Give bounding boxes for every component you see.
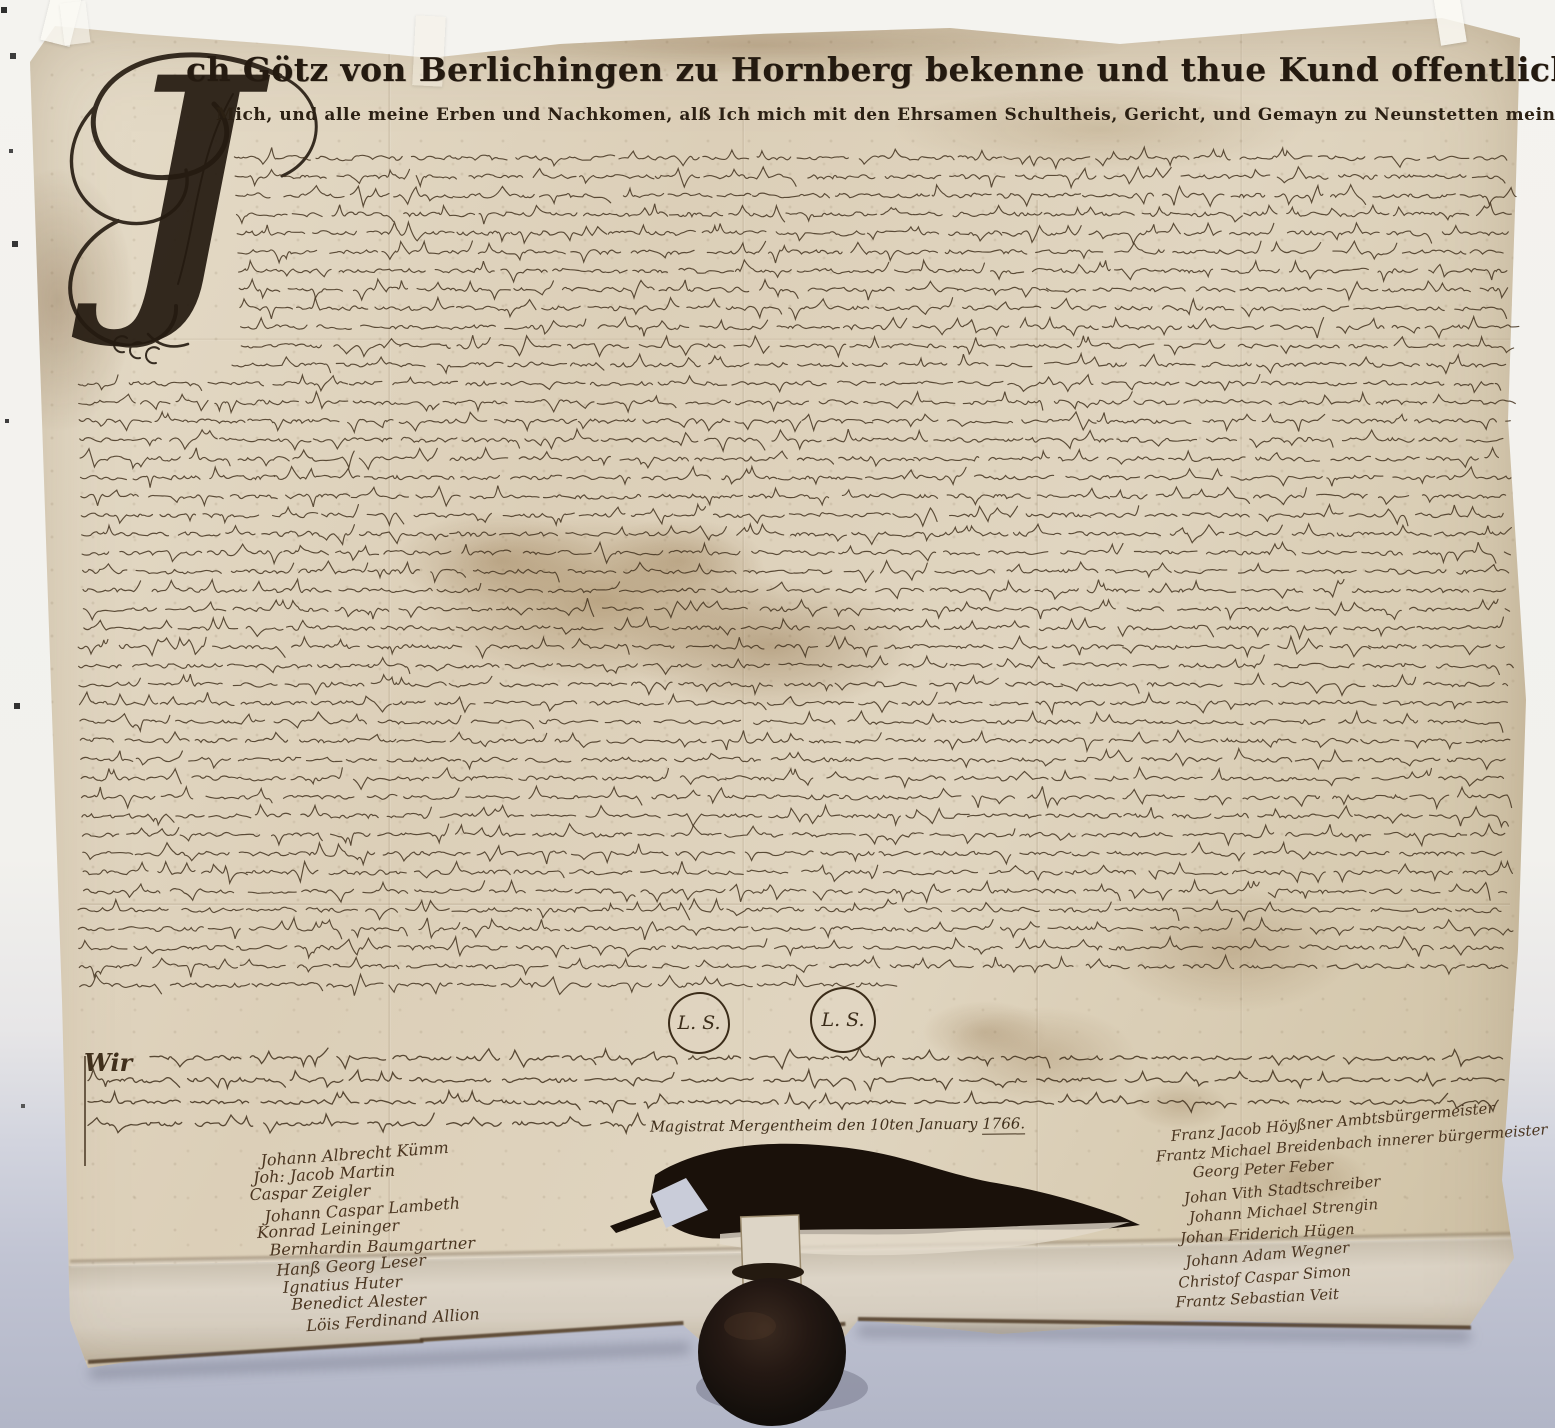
attestation-opening-word: Wir (84, 1048, 132, 1077)
ls-label-left: L. S. (677, 1012, 720, 1034)
locus-sigilli-left: L. S. (668, 992, 730, 1054)
tear-and-seal-zone (600, 1130, 1300, 1428)
wax-seal-highlight (724, 1312, 776, 1340)
locus-sigilli-right: L. S. (810, 987, 876, 1053)
attestation-margin-rule (84, 1056, 86, 1166)
ls-label-right: L. S. (821, 1009, 864, 1031)
charter-photograph: J ch Götz von Berlichingen zu Hornberg b… (0, 0, 1555, 1428)
wax-seal (698, 1278, 846, 1426)
